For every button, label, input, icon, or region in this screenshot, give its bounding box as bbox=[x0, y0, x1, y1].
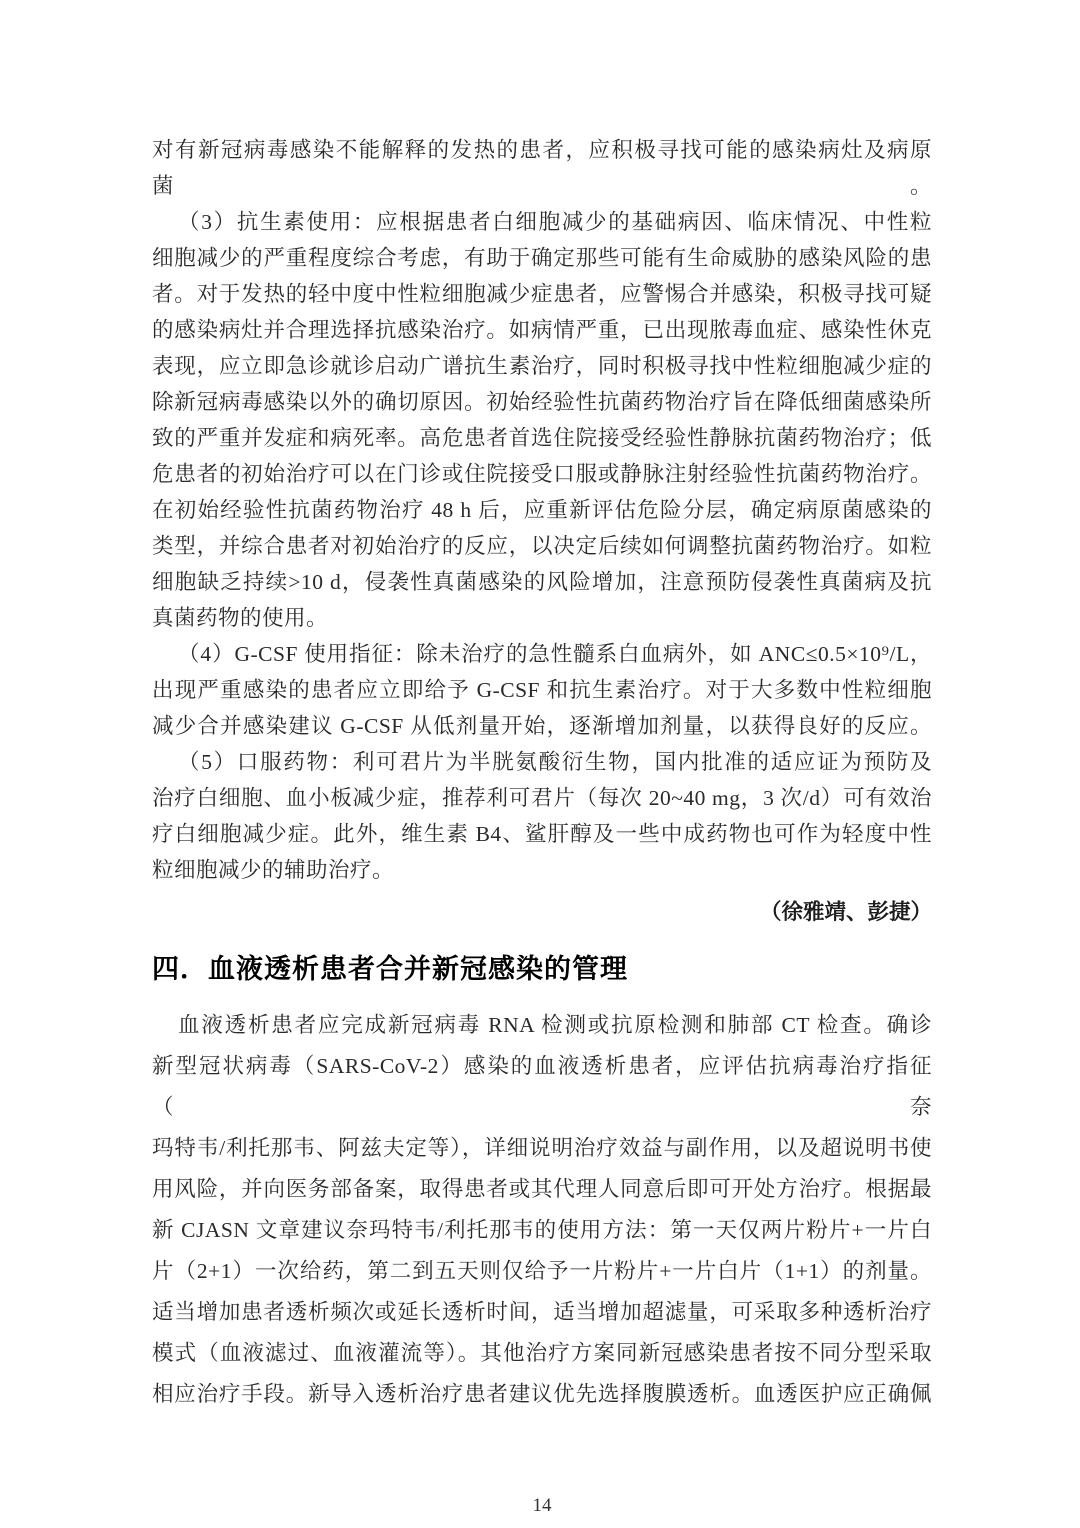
section-neutropenia-management: 对有新冠病毒感染不能解释的发热的患者，应积极寻找可能的感染病灶及病原菌。 （3）… bbox=[152, 132, 932, 888]
section-4-heading: 四．血液透析患者合并新冠感染的管理 bbox=[152, 948, 932, 990]
text-line: 模式（血液滤过、血液灌流等）。其他治疗方案同新冠感染患者按不同分型采取 bbox=[152, 1333, 932, 1374]
text-line: 类型，并综合患者对初始治疗的反应，以决定后续如何调整抗菌药物治疗。如粒 bbox=[152, 528, 932, 564]
text-line: 者。对于发热的轻中度中性粒细胞减少症患者，应警惕合并感染，积极寻找可疑 bbox=[152, 276, 932, 312]
text-line: 在初始经验性抗菌药物治疗 48 h 后，应重新评估危险分层，确定病原菌感染的 bbox=[152, 492, 932, 528]
text-line: 真菌药物的使用。 bbox=[152, 600, 932, 636]
text-line: 玛特韦/利托那韦、阿兹夫定等），详细说明治疗效益与副作用，以及超说明书使 bbox=[152, 1128, 932, 1169]
text-line: 血液透析患者应完成新冠病毒 RNA 检测或抗原检测和肺部 CT 检查。确诊 bbox=[152, 1005, 932, 1046]
text-line: （5）口服药物：利可君片为半胱氨酸衍生物，国内批准的适应证为预防及 bbox=[152, 744, 932, 780]
text-line: 对有新冠病毒感染不能解释的发热的患者，应积极寻找可能的感染病灶及病原菌。 bbox=[152, 132, 932, 204]
text-line: 相应治疗手段。新导入透析治疗患者建议优先选择腹膜透析。血透医护应正确佩 bbox=[152, 1374, 932, 1415]
authors-signature: （徐雅靖、彭捷） bbox=[152, 894, 932, 930]
text-line: 细胞缺乏持续>10 d，侵袭性真菌感染的风险增加，注意预防侵袭性真菌病及抗 bbox=[152, 564, 932, 600]
text-line: 粒细胞减少的辅助治疗。 bbox=[152, 852, 932, 888]
text-line: 治疗白细胞、血小板减少症，推荐利可君片（每次 20~40 mg，3 次/d）可有… bbox=[152, 780, 932, 816]
text-line: 疗白细胞减少症。此外，维生素 B4、鲨肝醇及一些中成药物也可作为轻度中性 bbox=[152, 816, 932, 852]
text-line: 片（2+1）一次给药，第二到五天则仅给予一片粉片+一片白片（1+1）的剂量。 bbox=[152, 1251, 932, 1292]
document-page: 对有新冠病毒感染不能解释的发热的患者，应积极寻找可能的感染病灶及病原菌。 （3）… bbox=[0, 0, 1080, 1528]
text-line: 的感染病灶并合理选择抗感染治疗。如病情严重，已出现脓毒血症、感染性休克 bbox=[152, 312, 932, 348]
text-line: （4）G-CSF 使用指征：除未治疗的急性髓系白血病外，如 ANC≤0.5×10… bbox=[152, 636, 932, 672]
text-line: 除新冠病毒感染以外的确切原因。初始经验性抗菌药物治疗旨在降低细菌感染所 bbox=[152, 384, 932, 420]
text-line: 出现严重感染的患者应立即给予 G-CSF 和抗生素治疗。对于大多数中性粒细胞 bbox=[152, 672, 932, 708]
text-line: 表现，应立即急诊就诊启动广谱抗生素治疗，同时积极寻找中性粒细胞减少症的 bbox=[152, 348, 932, 384]
text-line: 减少合并感染建议 G-CSF 从低剂量开始，逐渐增加剂量，以获得良好的反应。 bbox=[152, 708, 932, 744]
text-line: 新型冠状病毒（SARS-CoV-2）感染的血液透析患者，应评估抗病毒治疗指征（奈 bbox=[152, 1046, 932, 1128]
text-line: 适当增加患者透析频次或延长透析时间，适当增加超滤量，可采取多种透析治疗 bbox=[152, 1292, 932, 1333]
text-line: 危患者的初始治疗可以在门诊或住院接受口服或静脉注射经验性抗菌药物治疗。 bbox=[152, 456, 932, 492]
text-line: 细胞减少的严重程度综合考虑，有助于确定那些可能有生命威胁的感染风险的患 bbox=[152, 240, 932, 276]
page-number: 14 bbox=[152, 1493, 932, 1519]
text-line: 新 CJASN 文章建议奈玛特韦/利托那韦的使用方法：第一天仅两片粉片+一片白 bbox=[152, 1210, 932, 1251]
section-hemodialysis-management: 血液透析患者应完成新冠病毒 RNA 检测或抗原检测和肺部 CT 检查。确诊 新型… bbox=[152, 1005, 932, 1415]
text-line: 致的严重并发症和病死率。高危患者首选住院接受经验性静脉抗菌药物治疗；低 bbox=[152, 420, 932, 456]
text-line: （3）抗生素使用：应根据患者白细胞减少的基础病因、临床情况、中性粒 bbox=[152, 204, 932, 240]
text-line: 用风险，并向医务部备案，取得患者或其代理人同意后即可开处方治疗。根据最 bbox=[152, 1169, 932, 1210]
